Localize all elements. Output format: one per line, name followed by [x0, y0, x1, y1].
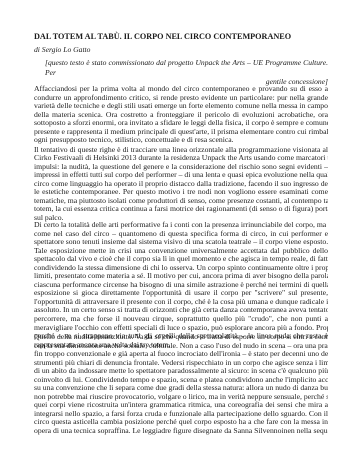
- document-title: DAL TOTEM AL TABÙ. IL CORPO NEL CIRCO CO…: [34, 32, 291, 41]
- text-line: sottoposto a sforzi enormi, ora invitato…: [34, 119, 328, 128]
- text-line: tematiche, ma piuttosto isolati come pro…: [34, 197, 328, 206]
- text-line: spettatore sono tenuti insieme dal siste…: [34, 238, 328, 247]
- text-line: condividendo la stessa dimensione di chi…: [34, 264, 328, 273]
- paragraph-nudity: Quello della nudità innanzitutto. Va da …: [34, 333, 328, 436]
- paragraph-body-exposure: Di certo la totalità delle arti performa…: [34, 221, 328, 349]
- text-line: Tale esposizione mette in crisi una conv…: [34, 247, 328, 256]
- text-line: esposizione si gioca direttamente l'oppo…: [34, 289, 328, 298]
- text-line: Di certo la totalità delle arti performa…: [34, 221, 328, 230]
- text-line: come nel caso del circo – quantomeno di …: [34, 230, 328, 239]
- text-line: l'opportunità di attraversare il present…: [34, 298, 328, 307]
- text-line: di un abito da indossare mette lo spetta…: [34, 367, 328, 376]
- text-line: Cirko Festivaali di Helsinki 2013 durant…: [34, 154, 328, 163]
- text-line: quei corpi viene ricostruita un'intera g…: [34, 401, 328, 410]
- text-line: varietà delle tecniche e degli stili usa…: [34, 102, 328, 111]
- text-line: presente e rappresenta il medium princip…: [34, 128, 328, 137]
- text-line: strumenti più chiari di denuncia frontal…: [34, 359, 328, 368]
- text-line: le estetiche contemporanee. Per questo m…: [34, 188, 328, 197]
- text-line: meravigliare l'occhio con effetti specia…: [34, 324, 328, 333]
- author-byline: di Sergio Lo Gatto: [34, 45, 90, 54]
- text-line: limiti, presentato come materia a sé. Il…: [34, 272, 328, 281]
- text-line: coinvolto di lui. Condividendo tempo e s…: [34, 376, 328, 385]
- text-line: circo questa asticella cambia posizione …: [34, 418, 328, 427]
- text-line: Il tentativo di queste righe è di tracci…: [34, 146, 328, 155]
- text-line: Affacciandosi per la prima volta al mond…: [34, 85, 328, 94]
- text-line: impulsi: la nudità, la questione del gen…: [34, 163, 328, 172]
- text-line: Quello della nudità innanzitutto. Va da …: [34, 333, 328, 342]
- text-line: percorrere, ma che forse il nouveau cirq…: [34, 315, 328, 324]
- text-line: opera di una tecnica sopraffina. Le legg…: [34, 427, 328, 436]
- text-line: della materia scenica. Ora costretto a f…: [34, 111, 328, 120]
- text-line: ogni presupposto tecnico, stilistico, co…: [34, 136, 328, 145]
- text-line: su una convenzione che li separa come du…: [34, 384, 328, 393]
- paragraph-purpose: Il tentativo di queste righe è di tracci…: [34, 146, 328, 223]
- text-line: condurre un approfondimento critico, si …: [34, 94, 328, 103]
- text-line: spettacolo dal vivo e cioè che il corpo …: [34, 255, 328, 264]
- text-line: assoluto. In un certo senso si tratta di…: [34, 306, 328, 315]
- note-line: [questo testo è stato commissionato dal …: [45, 58, 328, 77]
- text-line: circo come linguaggio ha operato il prop…: [34, 180, 328, 189]
- text-line: fin troppo convenzionale e già aperta al…: [34, 350, 328, 359]
- text-line: ciascuna performance circense ha bisogno…: [34, 281, 328, 290]
- text-line: impressi in effetti tutti sul corpo del …: [34, 171, 328, 180]
- text-line: con la sua dimensione anche sociale, cul…: [34, 342, 328, 351]
- paragraph-intro: Affacciandosi per la prima volta al mond…: [34, 85, 328, 145]
- text-line: non potrebbe mai riuscire provocatorio, …: [34, 393, 328, 402]
- text-line: integrarsi nello spazio, a farsi forza c…: [34, 410, 328, 419]
- text-line: totem, la cui essenza critica continua a…: [34, 205, 328, 214]
- commission-note: [questo testo è stato commissionato dal …: [45, 58, 328, 87]
